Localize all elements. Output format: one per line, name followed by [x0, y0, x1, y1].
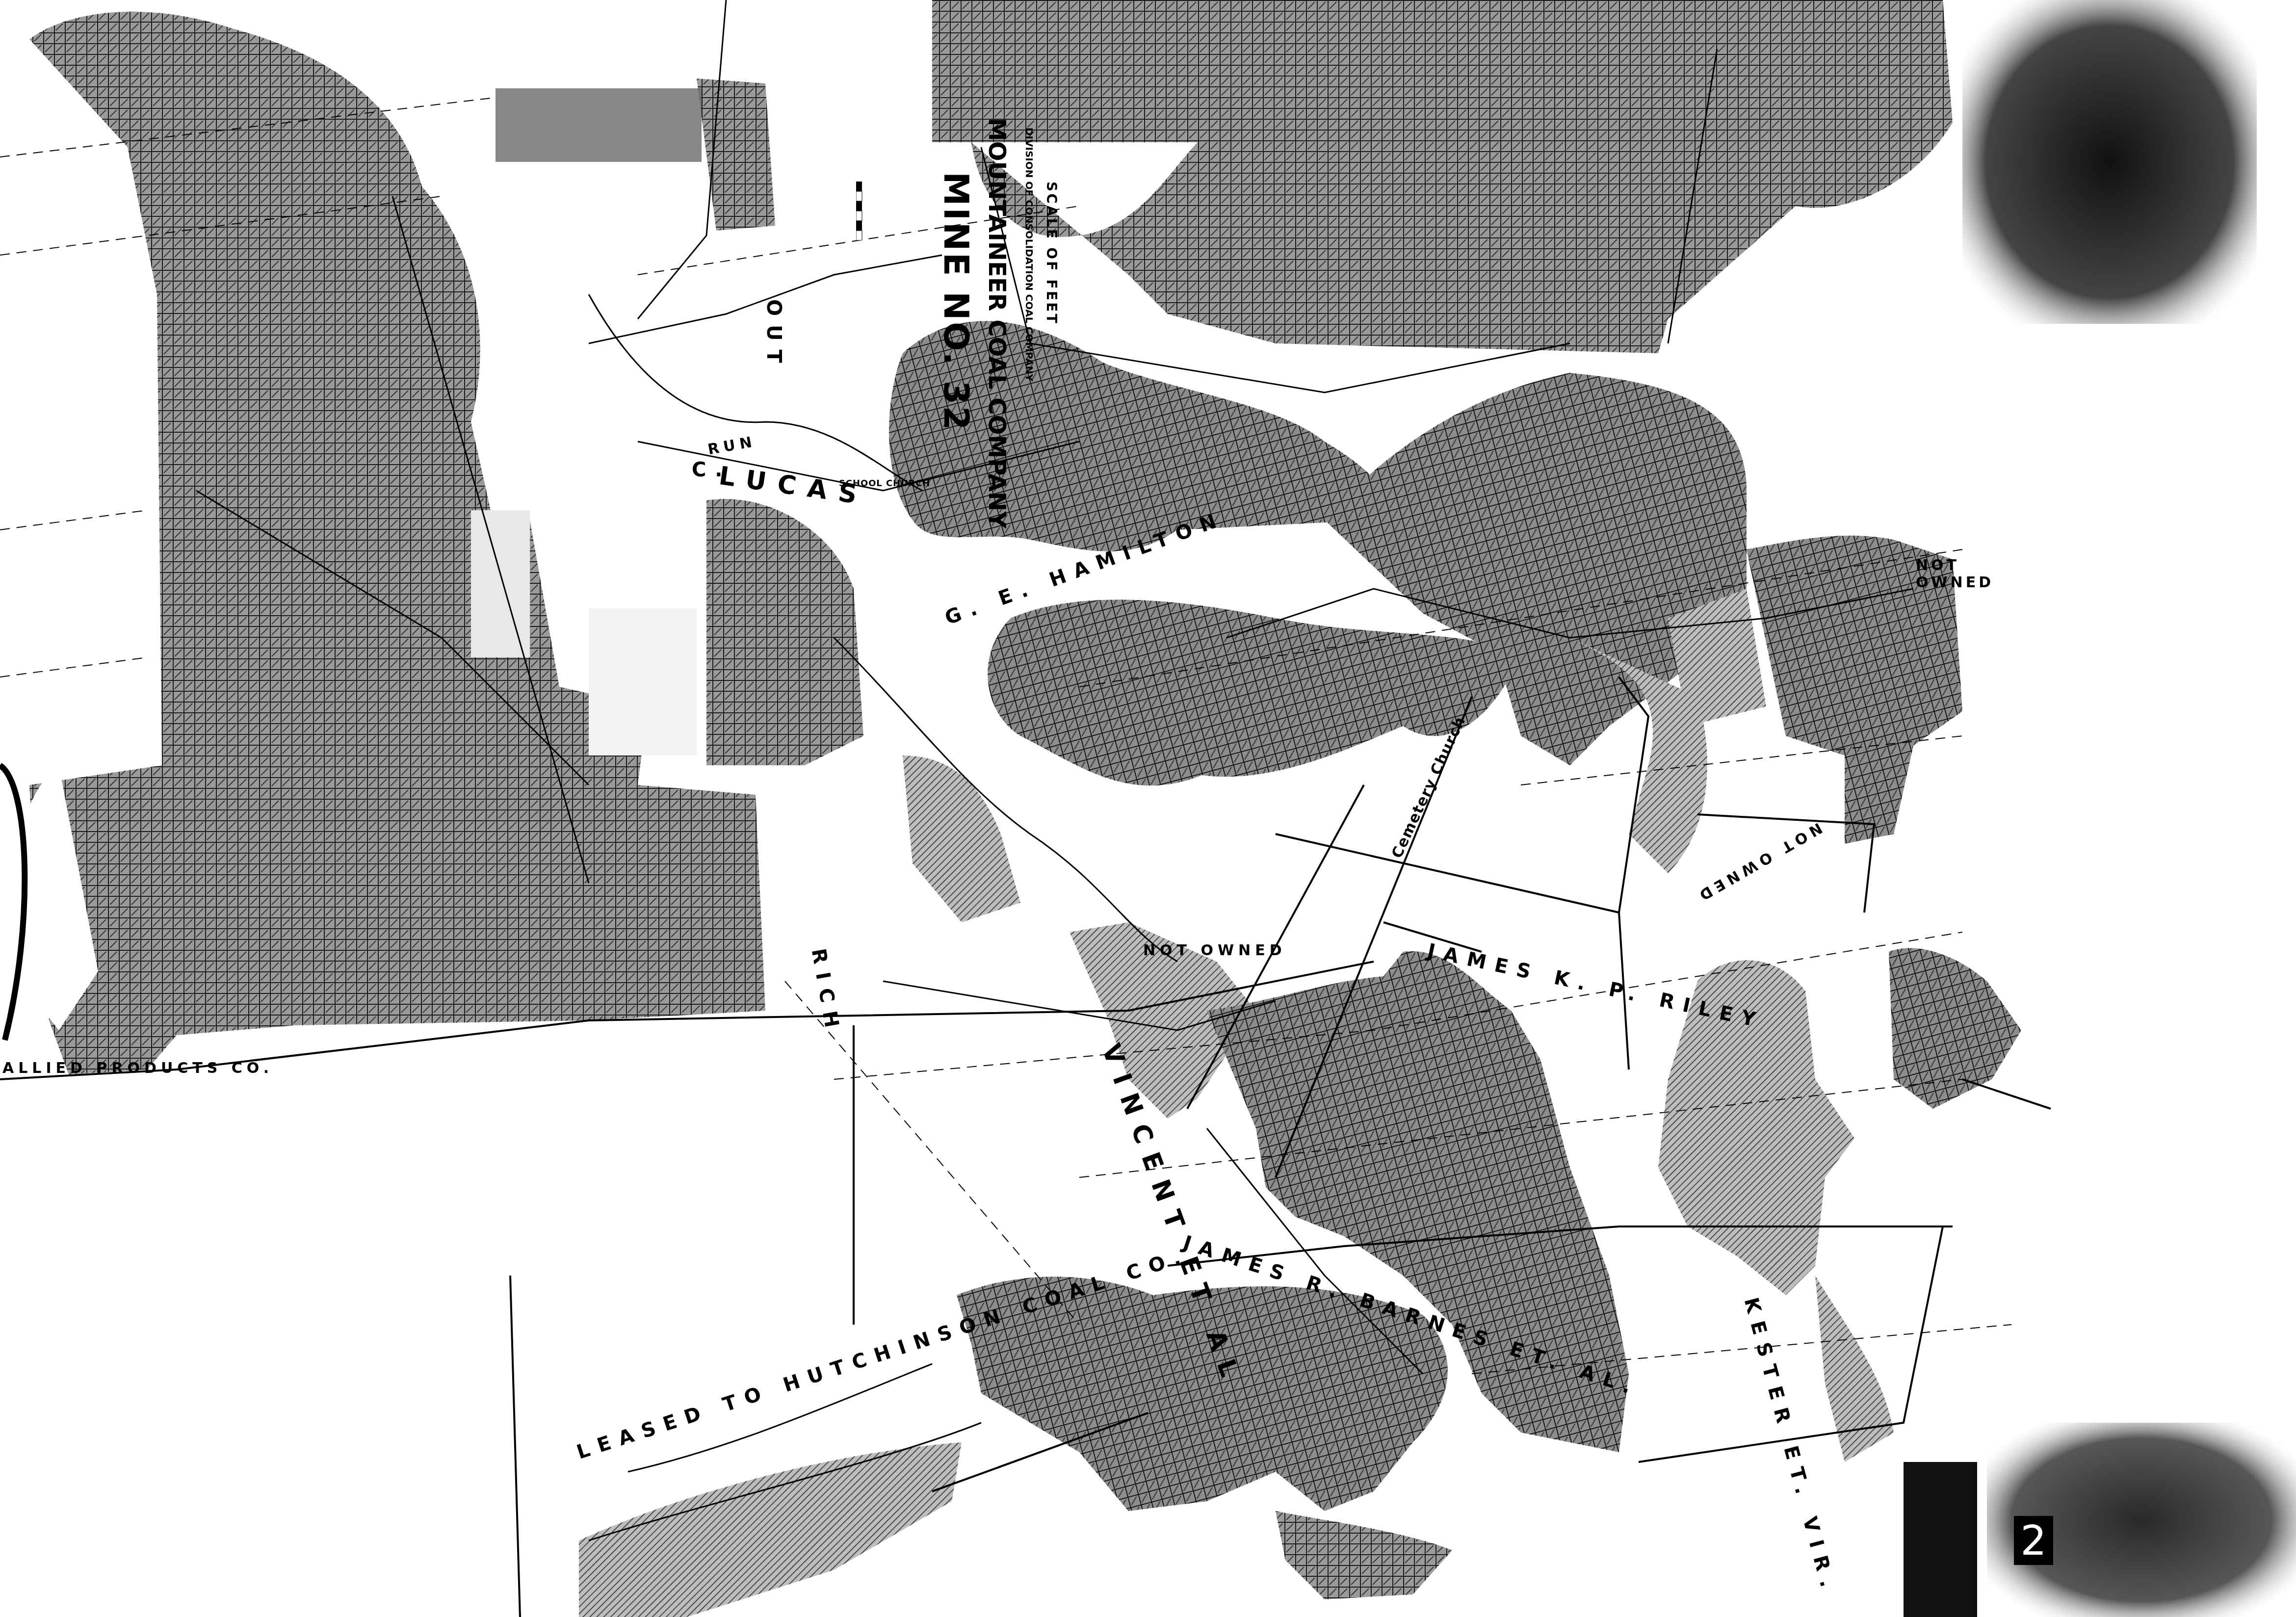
map-title: MINE NO. 32 — [936, 172, 976, 432]
company-name: MOUNTAINEER COAL COMPANY — [983, 118, 1011, 528]
mine-workings-east — [1658, 536, 2021, 1462]
scale-label: SCALE OF FEET — [1044, 182, 1060, 325]
label-c: C. — [692, 459, 731, 481]
label-out: OUT — [762, 299, 785, 372]
label-school: SCHOOL CHURCH — [839, 478, 930, 489]
mine-map — [0, 0, 2296, 1617]
label-not-owned-center: NOT OWNED — [1143, 942, 1286, 959]
label-not-owned-ne: NOT OWNED — [1916, 557, 1965, 591]
division-name: DIVISION OF CONSOLIDATION COAL COMPANY — [1023, 128, 1035, 381]
label-allied: ALLIED PRODUCTS CO. — [2, 1060, 273, 1077]
title-block: MINE NO. 32 MOUNTAINEER COAL COMPANY DIV… — [805, 191, 1020, 309]
scan-shading — [1904, 0, 2296, 1617]
scale-bar — [856, 182, 868, 240]
sheet-number: 2 — [2014, 1516, 2053, 1565]
mine-workings-north — [496, 0, 1953, 353]
